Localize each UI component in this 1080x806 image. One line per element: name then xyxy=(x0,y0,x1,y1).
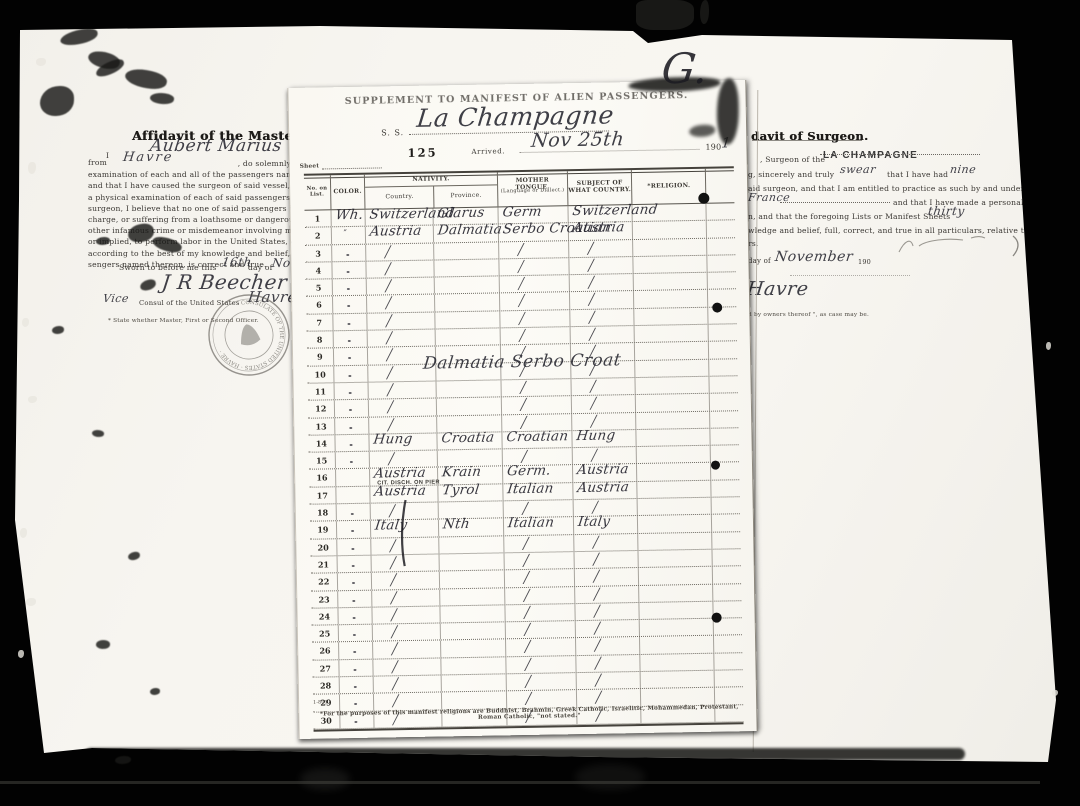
cell-religion xyxy=(638,498,712,516)
ditto-tick xyxy=(514,588,531,601)
cell-color xyxy=(339,659,374,676)
cell-tongue: Serbo Croatian xyxy=(499,223,569,241)
cell-province xyxy=(442,657,507,674)
cell-religion xyxy=(641,671,715,689)
ditto-tick xyxy=(513,537,530,550)
cell-n: 20 xyxy=(310,539,337,556)
arrival-date-hw: Nov 25th xyxy=(530,128,625,152)
col-mother-tongue: MOTHER TONGUE. (Language or Dialect.) xyxy=(498,171,569,206)
cell-religion xyxy=(634,290,708,308)
line4-dots xyxy=(780,202,890,203)
cell-n: 27 xyxy=(312,660,339,677)
cell-religion xyxy=(637,446,711,464)
handwritten-entry: Germ. xyxy=(506,463,552,480)
cell-tail xyxy=(709,324,737,341)
cell-religion xyxy=(637,429,711,447)
cell-color xyxy=(335,435,370,452)
cell-province xyxy=(441,640,506,657)
cell-tail xyxy=(712,497,740,514)
ditto-tick xyxy=(514,571,531,584)
cell-province: Nth xyxy=(439,519,504,536)
cell-province xyxy=(436,311,501,328)
ditto-tick xyxy=(578,241,595,254)
handwritten-entry: Dalmatia xyxy=(437,222,503,239)
cell-country xyxy=(368,330,436,347)
ditto-tick xyxy=(583,501,600,514)
date-line-pre: day of xyxy=(748,257,771,265)
surgeon-line2-mid: that I have had xyxy=(887,170,948,179)
ditto-tick xyxy=(584,570,601,583)
cell-color xyxy=(338,590,373,607)
cell-province xyxy=(435,277,500,294)
cell-color xyxy=(338,607,373,624)
ditto-tick xyxy=(514,554,531,567)
cell-n: 28 xyxy=(313,677,340,694)
cell-n: 15 xyxy=(309,452,336,469)
cell-tongue xyxy=(506,621,576,639)
scanned-document: Affidavit of the Master or Command I Aub… xyxy=(0,0,1080,806)
ditto-tick xyxy=(510,329,527,342)
table-body: 1Wh.SwitzerlandGlarusGermSwitzerland2″Au… xyxy=(304,203,743,729)
cell-religion xyxy=(638,515,712,533)
surgeon-hw-thirty: thirty xyxy=(927,204,965,218)
handwritten-entry: Glarus xyxy=(437,205,486,222)
cell-subject xyxy=(572,395,636,412)
handwritten-entry: Germ xyxy=(502,204,543,221)
cell-tongue xyxy=(502,396,572,414)
dot-mark xyxy=(351,530,354,532)
handwritten-entry: Hung xyxy=(576,427,617,444)
cell-color xyxy=(337,556,372,573)
form-number: 1-801 xyxy=(313,700,328,705)
dot-mark xyxy=(346,271,349,273)
ss-label: S. S. xyxy=(381,128,404,137)
handwritten-entry: Tyrol xyxy=(442,481,481,498)
manifest-table: No. on List. COLOR. NATIVITY. Country. P… xyxy=(304,166,744,731)
cell-subject xyxy=(577,655,641,672)
cell-color xyxy=(339,642,374,659)
span-note-hw: Dalmatia Serbo Croat xyxy=(422,350,622,373)
surgeon-line5-pre: n, and that the foregoing Lists or Manif… xyxy=(748,212,950,221)
cell-n: 8 xyxy=(307,331,334,348)
ditto-tick xyxy=(581,397,598,410)
ditto-tick xyxy=(375,262,392,275)
vice-word: Vice xyxy=(102,292,130,305)
handwritten-entry: Nth xyxy=(442,516,471,533)
cell-province: Tyrol xyxy=(439,484,504,501)
cell-n: 26 xyxy=(312,643,339,660)
cell-province xyxy=(442,674,507,691)
dot-mark xyxy=(352,617,355,619)
cell-tail xyxy=(707,221,735,238)
ditto-tick xyxy=(585,639,602,652)
cell-n: 3 xyxy=(305,245,332,262)
cell-subject xyxy=(570,292,634,309)
cell-color xyxy=(337,573,372,590)
cell-n: 23 xyxy=(311,591,338,608)
dot-mark xyxy=(352,599,355,601)
edge-streak xyxy=(636,0,694,30)
bottom-page-sliver xyxy=(0,781,1040,784)
cell-country xyxy=(372,589,440,606)
cell-religion xyxy=(636,394,710,412)
cell-color xyxy=(338,625,373,642)
col-tail xyxy=(706,168,734,202)
dot-mark xyxy=(349,427,352,429)
ditto-tick xyxy=(376,297,393,310)
cell-religion xyxy=(636,377,710,395)
ditto-tick xyxy=(581,380,598,393)
date-month-hw: November xyxy=(774,249,854,265)
ditto-tick xyxy=(382,643,399,656)
cell-color xyxy=(332,279,367,296)
cell-color xyxy=(337,538,372,555)
date-year: 190 xyxy=(858,258,871,266)
cell-color xyxy=(334,365,369,382)
cell-tail xyxy=(713,566,741,583)
dot-mark xyxy=(353,634,356,636)
cell-tail xyxy=(708,272,736,289)
cell-province xyxy=(441,622,506,639)
cell-subject xyxy=(575,586,639,603)
surgeon-hw-nine: nine xyxy=(949,163,977,176)
ditto-tick xyxy=(508,260,525,273)
handwritten-entry: Italian xyxy=(507,515,555,532)
ditto-tick xyxy=(381,608,398,621)
ditto-tick xyxy=(509,312,526,325)
cell-country xyxy=(366,243,434,260)
ditto-tick xyxy=(582,449,599,462)
cell-n: 5 xyxy=(306,279,333,296)
ditto-tick xyxy=(382,625,399,638)
ditto-tick xyxy=(515,640,532,653)
col-subject: SUBJECT OF WHAT COUNTRY. xyxy=(568,170,633,205)
cell-country xyxy=(374,693,442,710)
surgeon-signature xyxy=(895,232,1025,262)
ditto-tick xyxy=(378,400,395,413)
cell-color xyxy=(334,383,369,400)
cell-color xyxy=(335,452,370,469)
cell-country: Austria xyxy=(366,226,434,243)
cell-province xyxy=(442,692,507,709)
cell-country xyxy=(373,641,441,658)
stray-pen-stroke xyxy=(394,498,415,568)
cell-color xyxy=(340,694,375,711)
cell-religion xyxy=(633,221,707,239)
cell-country xyxy=(369,381,437,398)
cell-religion xyxy=(637,463,711,481)
g-mark-hw: G. xyxy=(659,44,711,93)
cell-subject xyxy=(577,689,641,706)
cell-subject xyxy=(577,672,641,689)
cell-n: 18 xyxy=(310,504,337,521)
ditto-tick xyxy=(585,656,602,669)
dot-mark xyxy=(347,305,350,307)
cell-subject: Hung xyxy=(573,430,637,447)
cell-color xyxy=(336,469,371,486)
cell-religion xyxy=(638,480,712,498)
ditto-tick xyxy=(583,535,600,548)
cell-country xyxy=(372,572,440,589)
cell-tail xyxy=(708,255,736,272)
cell-color xyxy=(334,400,369,417)
handwritten-entry: Switzerland xyxy=(572,202,659,220)
manifest-supplement-page: SUPPLEMENT TO MANIFEST OF ALIEN PASSENGE… xyxy=(287,80,757,739)
cell-tongue xyxy=(501,327,571,345)
discharge-stamp: CIT. DISCH. ON PIER xyxy=(377,479,440,486)
title-underline xyxy=(752,140,862,141)
handwritten-entry: Italy xyxy=(577,514,611,531)
ditto-tick xyxy=(579,310,596,323)
handwritten-entry: Austria xyxy=(576,462,630,479)
cell-country: Hung xyxy=(370,433,438,450)
dot-mark xyxy=(350,513,353,515)
col-no-on-list: No. on List. xyxy=(304,175,331,209)
dot-mark xyxy=(348,375,351,377)
sheet-label: Sheet xyxy=(300,164,320,170)
ditto-tick xyxy=(383,677,400,690)
ink-dot xyxy=(712,302,722,312)
cell-color xyxy=(333,296,368,313)
cell-religion xyxy=(639,567,713,585)
dot-mark xyxy=(346,288,349,290)
ditto-tick xyxy=(509,294,526,307)
cell-color xyxy=(334,348,369,365)
ditto-tick xyxy=(381,573,398,586)
cell-color: Wh. xyxy=(331,210,366,227)
cell-tongue xyxy=(506,639,576,657)
cell-province xyxy=(437,380,502,397)
handwritten-entry: Austria xyxy=(577,479,631,496)
col-nativity: NATIVITY. Country. Province. xyxy=(365,172,498,208)
cell-tail xyxy=(715,670,743,687)
cell-country xyxy=(369,399,437,416)
cell-color xyxy=(333,331,368,348)
cell-subject xyxy=(570,257,634,274)
cell-country xyxy=(367,260,435,277)
cell-tongue: Italian xyxy=(504,483,574,501)
cell-subject xyxy=(572,378,636,395)
cell-n: 13 xyxy=(308,418,335,435)
dot-mark xyxy=(353,669,356,671)
cell-country xyxy=(367,295,435,312)
cell-tongue: Croatian xyxy=(503,431,573,449)
ditto-mark: ″ xyxy=(343,229,347,239)
handwritten-entry: Austria xyxy=(572,219,626,236)
cell-tongue xyxy=(507,656,577,674)
cell-religion xyxy=(641,653,715,671)
cell-n: 2 xyxy=(305,228,332,245)
cell-n: 10 xyxy=(307,366,334,383)
ditto-tick xyxy=(511,415,528,428)
cell-n: 6 xyxy=(306,297,333,314)
cell-province: Croatia xyxy=(438,432,503,449)
ditto-tick xyxy=(511,398,528,411)
surgeon-hw-swear: swear xyxy=(839,163,876,176)
ditto-tick xyxy=(508,243,525,256)
handwritten-entry: Austria xyxy=(369,223,423,240)
dot-mark xyxy=(347,323,350,325)
stamp-dotted-line xyxy=(820,154,980,155)
ditto-tick xyxy=(585,622,602,635)
ditto-tick xyxy=(379,452,396,465)
dot-mark xyxy=(347,340,350,342)
cell-religion xyxy=(640,619,714,637)
cell-n: 17 xyxy=(309,487,336,504)
cell-color: ″ xyxy=(331,227,366,244)
edge-streak xyxy=(700,0,709,24)
cell-color xyxy=(336,486,371,503)
cell-tongue xyxy=(507,690,577,708)
cell-n: 19 xyxy=(310,522,337,539)
cell-n: 22 xyxy=(311,573,338,590)
cell-province xyxy=(436,328,501,345)
dot-mark xyxy=(353,686,356,688)
scan-speck xyxy=(18,650,24,658)
ditto-tick xyxy=(376,314,393,327)
date-dots xyxy=(790,275,910,276)
cell-country xyxy=(374,675,442,692)
cell-tail xyxy=(712,480,740,497)
cell-color xyxy=(336,504,371,521)
cell-religion xyxy=(641,688,715,706)
cell-n: 24 xyxy=(311,608,338,625)
cell-province xyxy=(437,398,502,415)
cell-religion xyxy=(633,238,707,256)
cell-religion xyxy=(634,273,708,291)
cell-tail xyxy=(707,203,735,220)
cell-subject xyxy=(575,568,639,585)
cell-n: 14 xyxy=(308,435,335,452)
cell-subject xyxy=(569,240,633,257)
sheet-number: 125 xyxy=(407,145,437,160)
cell-tongue xyxy=(499,241,569,259)
cell-religion xyxy=(637,411,711,429)
col-religion: *RELIGION. xyxy=(632,169,707,204)
cell-province: Dalmatia xyxy=(434,225,499,242)
cell-religion xyxy=(634,256,708,274)
dot-mark xyxy=(348,357,351,359)
handwritten-entry: Krain xyxy=(441,464,482,481)
cell-n: 1 xyxy=(304,210,331,227)
cell-province xyxy=(435,294,500,311)
corner-smudge xyxy=(689,125,715,137)
ink-blot xyxy=(115,756,131,764)
scan-speck xyxy=(1046,342,1051,350)
cell-n: 7 xyxy=(306,314,333,331)
cell-province xyxy=(440,588,505,605)
surgeon-fine-print: d by owners thereof ", as case may be. xyxy=(748,312,869,318)
bottom-smudge xyxy=(300,768,350,790)
cell-tail xyxy=(709,342,737,359)
sheet-dots xyxy=(322,167,382,169)
ditto-tick xyxy=(585,604,602,617)
ditto-tick xyxy=(377,383,394,396)
cell-tongue xyxy=(505,569,575,587)
ditto-tick xyxy=(378,418,395,431)
cell-tongue xyxy=(507,673,577,691)
cell-tail xyxy=(713,584,741,601)
dot-mark xyxy=(349,444,352,446)
cell-n: 9 xyxy=(307,349,334,366)
dot-mark xyxy=(353,651,356,653)
cell-subject xyxy=(576,637,640,654)
cell-tongue xyxy=(502,379,572,397)
cell-subject xyxy=(571,309,635,326)
cell-n: 25 xyxy=(312,625,339,642)
ditto-tick xyxy=(377,349,394,362)
corner-smudge xyxy=(716,78,739,144)
cell-tongue xyxy=(500,258,570,276)
cell-province xyxy=(440,571,505,588)
ship-name-stamp: LA CHAMPAGNE xyxy=(823,150,918,161)
cell-province xyxy=(435,259,500,276)
cell-subject xyxy=(576,620,640,637)
cell-religion xyxy=(640,636,714,654)
cell-tongue xyxy=(500,293,570,311)
surgeon-line3: aid surgeon, and that I am entitled to p… xyxy=(748,184,1040,193)
cell-tongue xyxy=(506,604,576,622)
year-printed: 190 xyxy=(705,142,721,151)
cell-tongue xyxy=(500,275,570,293)
scan-speck xyxy=(1052,690,1058,696)
ditto-tick xyxy=(516,692,533,705)
ditto-tick xyxy=(515,658,532,671)
cell-color xyxy=(335,417,370,434)
ditto-tick xyxy=(377,366,394,379)
ditto-tick xyxy=(381,591,398,604)
ditto-tick xyxy=(579,293,596,306)
cell-subject: Austria xyxy=(569,222,633,239)
cell-color xyxy=(333,313,368,330)
dot-mark xyxy=(348,392,351,394)
cell-tongue xyxy=(505,535,575,553)
cell-country xyxy=(373,624,441,641)
cell-tongue xyxy=(501,310,571,328)
ditto-tick xyxy=(584,553,601,566)
col-color: COLOR. xyxy=(331,175,366,210)
cell-religion xyxy=(636,359,710,377)
handwritten-entry: Croatian xyxy=(506,428,570,445)
cell-tail xyxy=(710,359,738,376)
ditto-tick xyxy=(376,279,393,292)
cell-country xyxy=(374,658,442,675)
ditto-tick xyxy=(586,674,603,687)
cell-tail xyxy=(715,653,743,670)
cell-province xyxy=(440,553,505,570)
cell-tail xyxy=(712,515,740,532)
ditto-tick xyxy=(513,502,530,515)
ditto-tick xyxy=(375,245,392,258)
ditto-tick xyxy=(579,276,596,289)
cell-religion xyxy=(640,602,714,620)
dot-mark xyxy=(349,409,352,411)
ditto-tick xyxy=(509,277,526,290)
cell-country xyxy=(367,278,435,295)
cell-n: 16 xyxy=(309,470,336,487)
cell-subject xyxy=(570,274,634,291)
handwritten-entry: Wh. xyxy=(334,207,364,224)
cell-tail xyxy=(710,411,738,428)
cell-n: 11 xyxy=(308,383,335,400)
ditto-tick xyxy=(581,414,598,427)
dot-mark xyxy=(346,254,349,256)
cell-tongue xyxy=(505,552,575,570)
ditto-tick xyxy=(382,660,399,673)
bottom-smudge xyxy=(575,764,645,790)
cell-religion xyxy=(640,584,714,602)
cell-tail xyxy=(713,549,741,566)
